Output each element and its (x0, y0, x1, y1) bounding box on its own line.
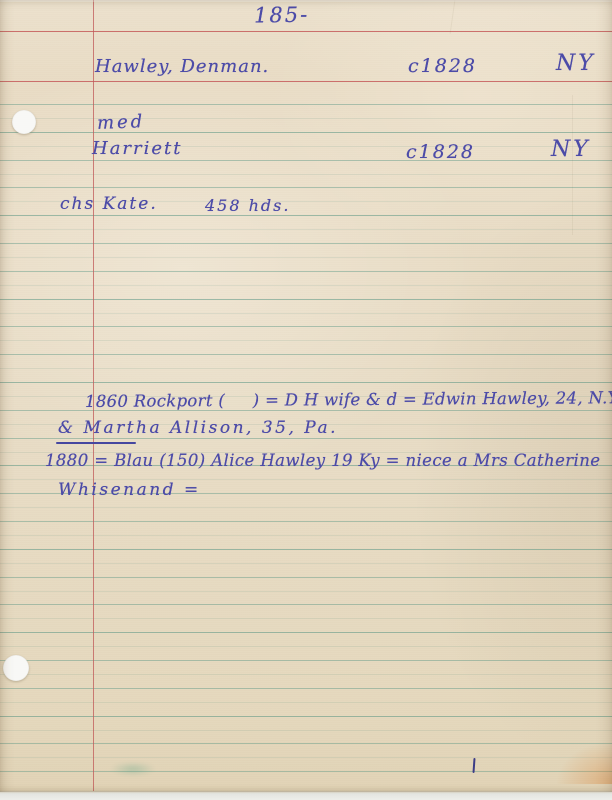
ruled-line (0, 299, 612, 300)
ruled-line (0, 326, 612, 327)
head-date: c1828 (408, 55, 477, 77)
scan-corner-shadow (522, 714, 612, 784)
green-ink-smudge (110, 762, 156, 776)
ruled-line (0, 382, 612, 383)
ruled-line (0, 688, 612, 689)
ruled-line-ghost (0, 313, 612, 314)
ruled-line (0, 743, 612, 744)
ruled-line (0, 271, 612, 272)
census-1860-line2: & Martha Allison, 35, Pa. (58, 418, 338, 438)
ruled-line-ghost (0, 368, 612, 369)
ruled-line-ghost (0, 757, 612, 758)
ruled-line-ghost (0, 229, 612, 230)
spouse-date: c1828 (406, 141, 475, 163)
ruled-line-ghost (0, 118, 612, 119)
ruled-line-ghost (0, 618, 612, 619)
ruled-line (0, 354, 612, 355)
census-1880-line2: Whisenand = (58, 480, 201, 500)
scanned-notebook-page: { "doc": { "page_number": "185-", "head_… (0, 0, 612, 800)
ruled-line-ghost (0, 674, 612, 675)
ruled-line (0, 549, 612, 550)
header-red-rule-bottom (0, 81, 612, 82)
ruled-line-ghost (0, 702, 612, 703)
paper-sheet: 185- Hawley, Denman. c1828 NY med Harrie… (0, 0, 612, 792)
married-abbrev: med (97, 111, 146, 134)
ruled-line-ghost (0, 563, 612, 564)
paper-top-edge (0, 0, 612, 2)
census-1860-line1: 1860 Rockport ( ) = D H wife & d = Edwin… (85, 388, 612, 411)
head-name: Hawley, Denman. (95, 56, 269, 77)
ruled-line (0, 521, 612, 522)
paper-crease (572, 95, 573, 235)
ruled-line-ghost (0, 340, 612, 341)
census-1880-line1: 1880 = Blau (150) Alice Hawley 19 Ky = n… (45, 451, 600, 470)
ruled-line (0, 243, 612, 244)
ruled-line (0, 187, 612, 188)
header-red-rule-top (0, 31, 612, 32)
ruled-line-ghost (0, 535, 612, 536)
ruled-line (0, 632, 612, 633)
page-number: 185- (254, 3, 310, 28)
head-place: NY (556, 51, 596, 76)
ruled-line-ghost (0, 257, 612, 258)
ruled-line (0, 604, 612, 605)
paper-crease (450, 0, 456, 34)
ruled-line (0, 160, 612, 161)
ruled-line-ghost (0, 646, 612, 647)
ruled-line (0, 104, 612, 105)
scanner-background-strip (0, 791, 612, 800)
ruled-line-ghost (0, 730, 612, 731)
ruled-line-ghost (0, 591, 612, 592)
ruled-line-ghost (0, 507, 612, 508)
children-label: chs Kate. (60, 194, 158, 214)
children-note: 458 hds. (205, 196, 290, 215)
ruled-line (0, 577, 612, 578)
spouse-name: Harriett (92, 138, 183, 159)
ruled-line-ghost (0, 174, 612, 175)
ruled-line (0, 660, 612, 661)
ruled-line (0, 215, 612, 216)
ruled-line (0, 716, 612, 717)
martha-underline (56, 442, 136, 444)
punch-hole-top (12, 110, 36, 134)
ruled-line (0, 132, 612, 133)
spouse-place: NY (551, 137, 591, 162)
ruled-line (0, 771, 612, 772)
punch-hole-bottom (3, 655, 29, 681)
ruled-line-ghost (0, 285, 612, 286)
